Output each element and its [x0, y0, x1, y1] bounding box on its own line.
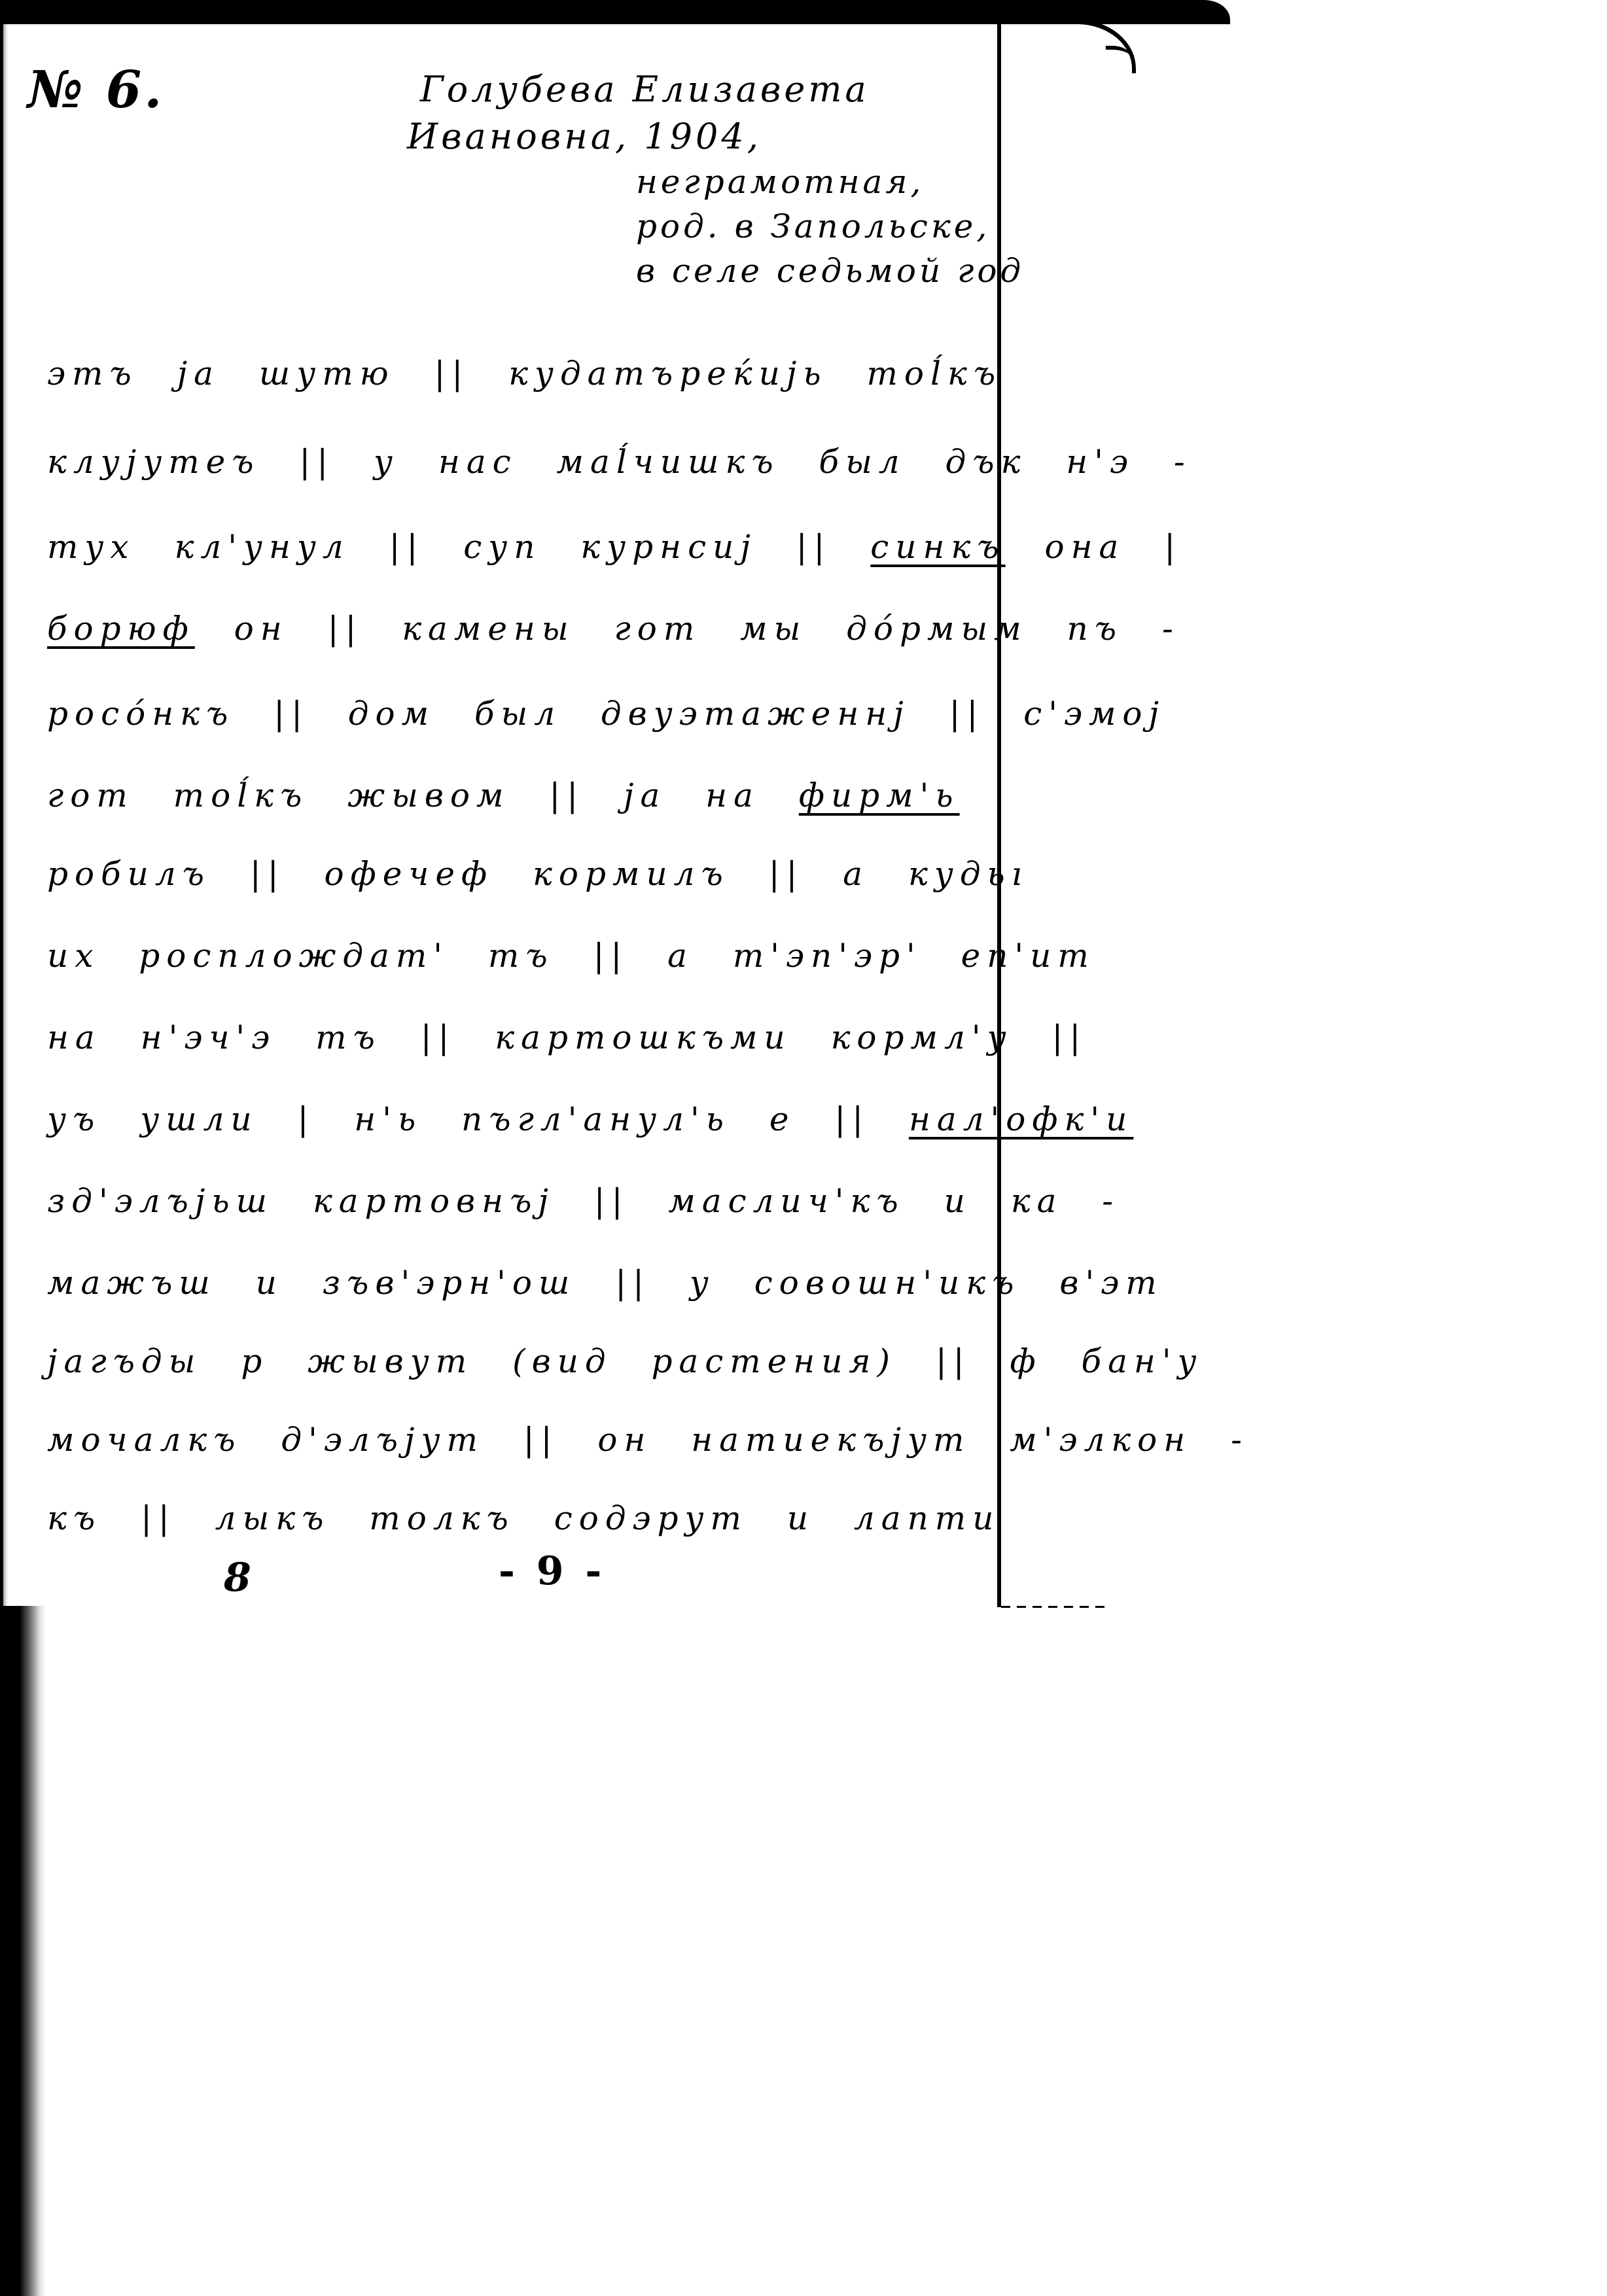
scan-left-shadow — [0, 1606, 46, 2296]
transcript-line: jагъды р жывут (вид растения) || ф бан'у — [47, 1342, 1203, 1380]
transcript-line: тух кл'унул || суп курнсиj || синкъ она … — [47, 528, 1182, 566]
underlined-word: фирм'ь — [799, 776, 960, 814]
transcript-line: къ || лыкъ толкъ содэрут и лапти — [47, 1499, 1000, 1537]
manuscript-page: № 6. Голубева Елизавета Ивановна, 1904, … — [8, 24, 997, 1606]
footer-left-mark: 8 — [224, 1555, 255, 1601]
transcript-line: мажъш и зъв'эрн'ош || у совошн'икъ в'эт — [47, 1264, 1163, 1302]
transcript-line: их росплождат' тъ || а т'эп'эр' еп'ит — [47, 937, 1095, 975]
transcript-line: росóнкъ || дом был двуэтаженнj || с'эмоj — [47, 695, 1165, 733]
underlined-word: борюф — [47, 610, 195, 648]
transcript-line: зд'элъjьш картовнъj || маслич'къ и ка - — [47, 1182, 1120, 1220]
scan-top-border — [0, 0, 1230, 24]
page-number: - 9 - — [499, 1548, 605, 1594]
transcript-line: борюф он || камены гот мы дóрмым пъ - — [47, 610, 1180, 648]
informant-name: Голубева Елизавета — [420, 69, 870, 110]
scan-left-edge — [0, 24, 8, 1607]
transcript-line: клујутеъ || у нас маĺчишкъ был дък н'э - — [47, 443, 1192, 481]
page-bottom-dashed-rule — [1001, 1606, 1106, 1608]
informant-residence: в селе седьмой год — [636, 252, 1024, 290]
scan-page-curl — [1073, 20, 1136, 73]
underlined-word: нал'офк'и — [909, 1100, 1133, 1138]
informant-patronymic-year: Ивановна, 1904, — [407, 116, 762, 157]
transcript-line: этъ ja шутю || кудатъреќиjь тоĺкъ — [47, 355, 1002, 392]
record-number: № 6. — [27, 60, 164, 120]
informant-birthplace: род. в Запольске, — [636, 207, 990, 245]
transcript-line: уъ ушли | н'ь пъгл'анул'ь е || нал'офк'и — [47, 1100, 1133, 1138]
transcript-line: робилъ || офечеф кормилъ || а кудьı — [47, 855, 1029, 893]
transcript-line: на н'эч'э тъ || картошкъми кормл'у || — [47, 1018, 1087, 1056]
transcript-line: мочалкъ д'элъjут || он натиекъjут м'элко… — [47, 1421, 1248, 1459]
transcript-line: гот тоĺкъ жывом || ja на фирм'ь — [47, 776, 960, 814]
underlined-word: синкъ — [870, 528, 1005, 566]
informant-literacy: неграмотная, — [636, 163, 924, 201]
